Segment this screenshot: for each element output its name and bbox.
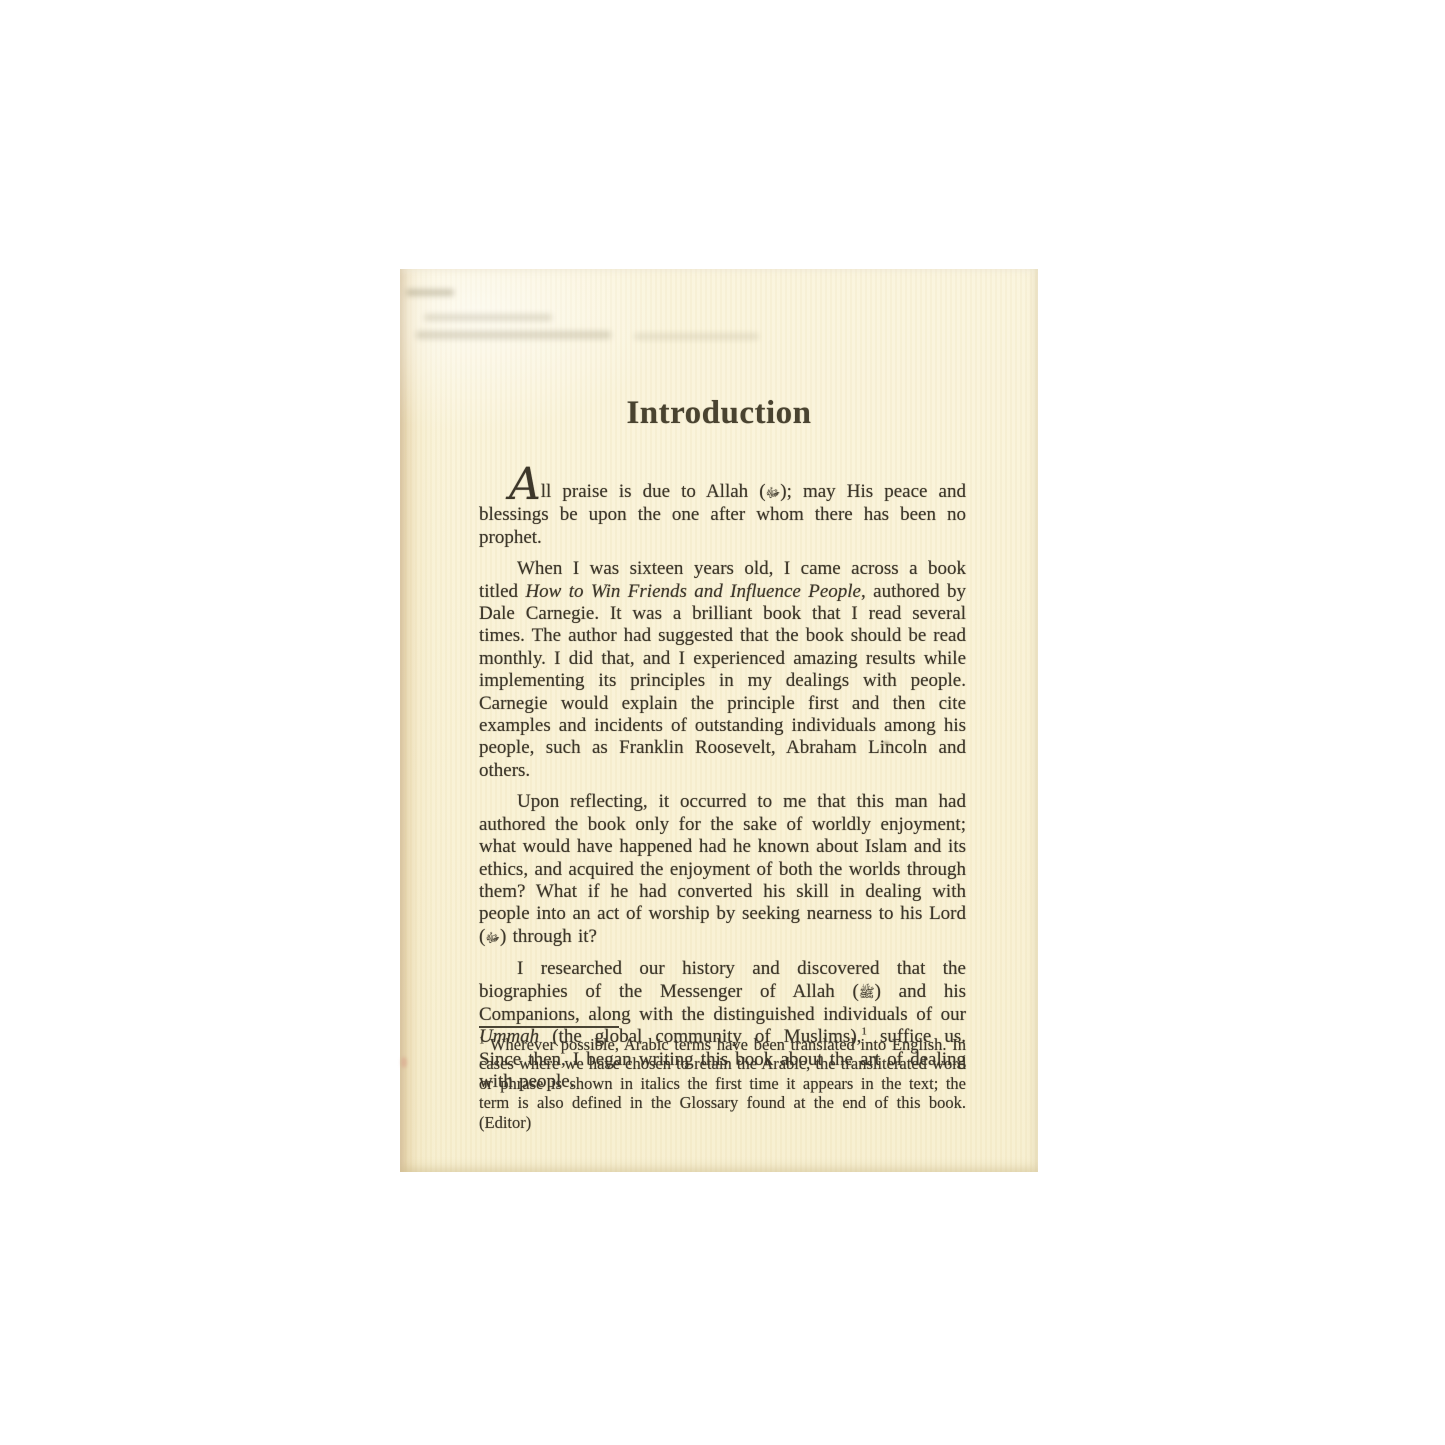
dropcap-initial: A xyxy=(509,459,540,510)
footnote: 1 Wherever possible, Arabic terms have b… xyxy=(479,1026,966,1132)
footnote-text: 1 Wherever possible, Arabic terms have b… xyxy=(479,1035,966,1132)
bleedthrough-mark xyxy=(634,333,759,340)
scan-speck xyxy=(401,1057,407,1068)
text-segment-normal: ) through it? xyxy=(500,926,597,947)
book-page: Introduction All praise is due to Allah … xyxy=(400,269,1038,1172)
bleedthrough-mark xyxy=(416,331,611,339)
scan-speck xyxy=(883,741,890,745)
bleedthrough-mark xyxy=(424,314,552,321)
text-segment-honorific: ﷻ xyxy=(485,930,500,945)
paragraph: Upon reflecting, it occurred to me that … xyxy=(479,791,966,949)
text-segment-normal: , authored by Dale Carnegie. It was a br… xyxy=(479,581,966,781)
page-title: Introduction xyxy=(400,395,1038,432)
text-segment-normal: Upon reflecting, it occurred to me that … xyxy=(479,791,966,946)
paragraph: When I was sixteen years old, I came acr… xyxy=(479,558,966,782)
footnote-separator xyxy=(479,1026,619,1028)
text-segment-italic: How to Win Friends and Influence People xyxy=(525,581,861,602)
scan-background: Introduction All praise is due to Allah … xyxy=(0,0,1445,1445)
paragraph: All praise is due to Allah (ﷻ); may His … xyxy=(479,481,966,549)
bleedthrough-mark xyxy=(406,289,454,296)
text-segment-honorific: ﷻ xyxy=(766,485,781,500)
text-segment-normal: Wherever possible, Arabic terms have bee… xyxy=(479,1035,966,1132)
text-segment-normal: ll praise is due to Allah ( xyxy=(541,481,766,502)
body-text: All praise is due to Allah (ﷻ); may His … xyxy=(479,481,966,1103)
text-segment-honorific: ﷺ xyxy=(859,985,875,1000)
